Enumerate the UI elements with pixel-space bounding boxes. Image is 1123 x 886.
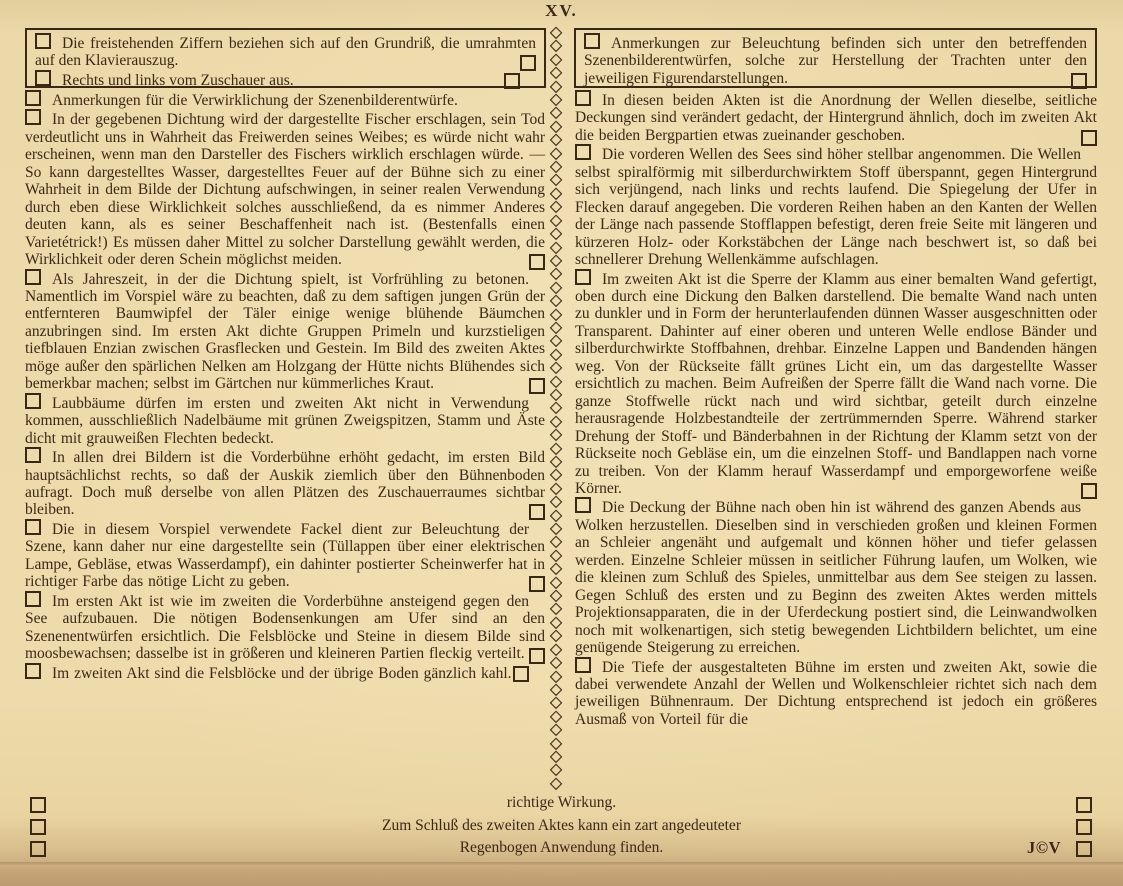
paragraph-text: Die vorderen Wellen des Sees sind höher … xyxy=(575,146,1097,268)
note-text: Anmerkungen zur Beleuchtung befinden sic… xyxy=(584,35,1087,87)
checkbox-icon xyxy=(1081,130,1097,146)
scanned-document-page: XV. ◇ ◇ ◇ ◇ ◇ ◇ ◇ ◇ ◇ ◇ ◇ ◇ ◇ ◇ ◇ ◇ ◇ ◇ … xyxy=(0,0,1123,886)
footer-line: Regenbogen Anwendung finden. xyxy=(0,837,1123,860)
paragraph-text: Im ersten Akt ist wie im zweiten die Vor… xyxy=(25,593,545,662)
checkbox-icon xyxy=(30,797,46,813)
footer-centered-lines: richtige Wirkung. Zum Schluß des zweiten… xyxy=(0,792,1123,860)
paragraph-text: Die in diesem Vorspiel verwendete Fackel… xyxy=(25,521,545,590)
checkbox-icon xyxy=(584,33,600,49)
header-note-box-right: Anmerkungen zur Beleuchtung befinden sic… xyxy=(574,28,1097,88)
checkbox-icon xyxy=(575,269,591,285)
checkbox-icon xyxy=(520,55,536,71)
note-text: Rechts und links vom Zuschauer aus. xyxy=(62,72,294,89)
page-number: XV. xyxy=(0,1,1123,21)
checkbox-icon xyxy=(575,657,591,673)
checkbox-icon xyxy=(30,841,46,857)
header-note: Anmerkungen zur Beleuchtung befinden sic… xyxy=(584,33,1087,87)
checkbox-icon xyxy=(504,73,520,89)
paragraph: In diesen beiden Akten ist die Anordnung… xyxy=(575,90,1097,144)
checkbox-icon xyxy=(25,393,41,409)
checkbox-icon xyxy=(529,378,545,394)
checkbox-icon xyxy=(1076,841,1092,857)
paragraph: Als Jahreszeit, in der die Dichtung spie… xyxy=(25,269,545,393)
paragraph: Die Tiefe der ausgestalteten Bühne im er… xyxy=(575,657,1097,729)
artist-monogram: J©V xyxy=(1027,838,1061,858)
paragraph-text: In diesen beiden Akten ist die Anordnung… xyxy=(575,92,1097,144)
checkbox-icon xyxy=(1076,797,1092,813)
note-text: Die freistehenden Ziffern beziehen sich … xyxy=(35,35,536,69)
checkbox-icon xyxy=(575,497,591,513)
header-note: Rechts und links vom Zuschauer aus. xyxy=(35,70,536,89)
checkbox-icon xyxy=(25,447,41,463)
paragraph-text: Anmerkungen für die Verwirklichung der S… xyxy=(52,92,458,109)
checkbox-icon xyxy=(513,666,529,682)
paragraph-text: Im zweiten Akt sind die Felsblöcke und d… xyxy=(52,665,512,682)
paragraph: Die in diesem Vorspiel verwendete Fackel… xyxy=(25,519,545,591)
paragraph-text: In der gegebenen Dichtung wird der darge… xyxy=(25,111,545,268)
checkbox-icon xyxy=(575,90,591,106)
left-text-column: Anmerkungen für die Verwirklichung der S… xyxy=(25,90,545,682)
checkbox-icon xyxy=(25,109,41,125)
paragraph: Die Deckung der Bühne nach oben hin ist … xyxy=(575,497,1097,656)
diamond-chain-divider: ◇ ◇ ◇ ◇ ◇ ◇ ◇ ◇ ◇ ◇ ◇ ◇ ◇ ◇ ◇ ◇ ◇ ◇ ◇ ◇ … xyxy=(545,26,567,790)
checkbox-icon xyxy=(25,591,41,607)
page-edge-shadow xyxy=(0,862,1123,865)
checkbox-icon xyxy=(1076,819,1092,835)
checkbox-icon xyxy=(35,33,51,49)
paragraph: Im zweiten Akt sind die Felsblöcke und d… xyxy=(25,663,545,682)
paragraph-text: Laubbäume dürfen im ersten und zweiten A… xyxy=(25,395,545,447)
checkbox-icon xyxy=(529,576,545,592)
paragraph: Die vorderen Wellen des Sees sind höher … xyxy=(575,144,1097,268)
header-note-box-left: Die freistehenden Ziffern beziehen sich … xyxy=(25,28,546,88)
paragraph-text: Als Jahreszeit, in der die Dichtung spie… xyxy=(25,271,545,393)
checkbox-icon xyxy=(25,663,41,679)
paragraph: Laubbäume dürfen im ersten und zweiten A… xyxy=(25,393,545,447)
paragraph-text: In allen drei Bildern ist die Vorderbühn… xyxy=(25,449,545,518)
paragraph: In der gegebenen Dichtung wird der darge… xyxy=(25,109,545,268)
paragraph: In allen drei Bildern ist die Vorderbühn… xyxy=(25,447,545,519)
checkbox-icon xyxy=(30,819,46,835)
checkbox-icon xyxy=(1071,73,1087,89)
checkbox-icon xyxy=(35,70,51,86)
footer-line: Zum Schluß des zweiten Aktes kann ein za… xyxy=(0,815,1123,838)
paragraph: Im zweiten Akt ist die Sperre der Klamm … xyxy=(575,269,1097,498)
footer-line: richtige Wirkung. xyxy=(0,792,1123,815)
checkbox-icon xyxy=(575,144,591,160)
checkbox-icon xyxy=(529,254,545,270)
paragraph-text: Die Deckung der Bühne nach oben hin ist … xyxy=(575,499,1097,656)
checkbox-icon xyxy=(1081,483,1097,499)
header-note: Die freistehenden Ziffern beziehen sich … xyxy=(35,33,536,70)
paragraph-text: Die Tiefe der ausgestalteten Bühne im er… xyxy=(575,659,1097,728)
checkbox-icon xyxy=(25,90,41,106)
paragraph: Im ersten Akt ist wie im zweiten die Vor… xyxy=(25,591,545,663)
checkbox-icon xyxy=(529,648,545,664)
checkbox-icon xyxy=(25,519,41,535)
paragraph: Anmerkungen für die Verwirklichung der S… xyxy=(25,90,545,109)
paragraph-text: Im zweiten Akt ist die Sperre der Klamm … xyxy=(575,271,1097,497)
checkbox-icon xyxy=(529,504,545,520)
right-text-column: In diesen beiden Akten ist die Anordnung… xyxy=(575,90,1097,728)
checkbox-icon xyxy=(25,269,41,285)
